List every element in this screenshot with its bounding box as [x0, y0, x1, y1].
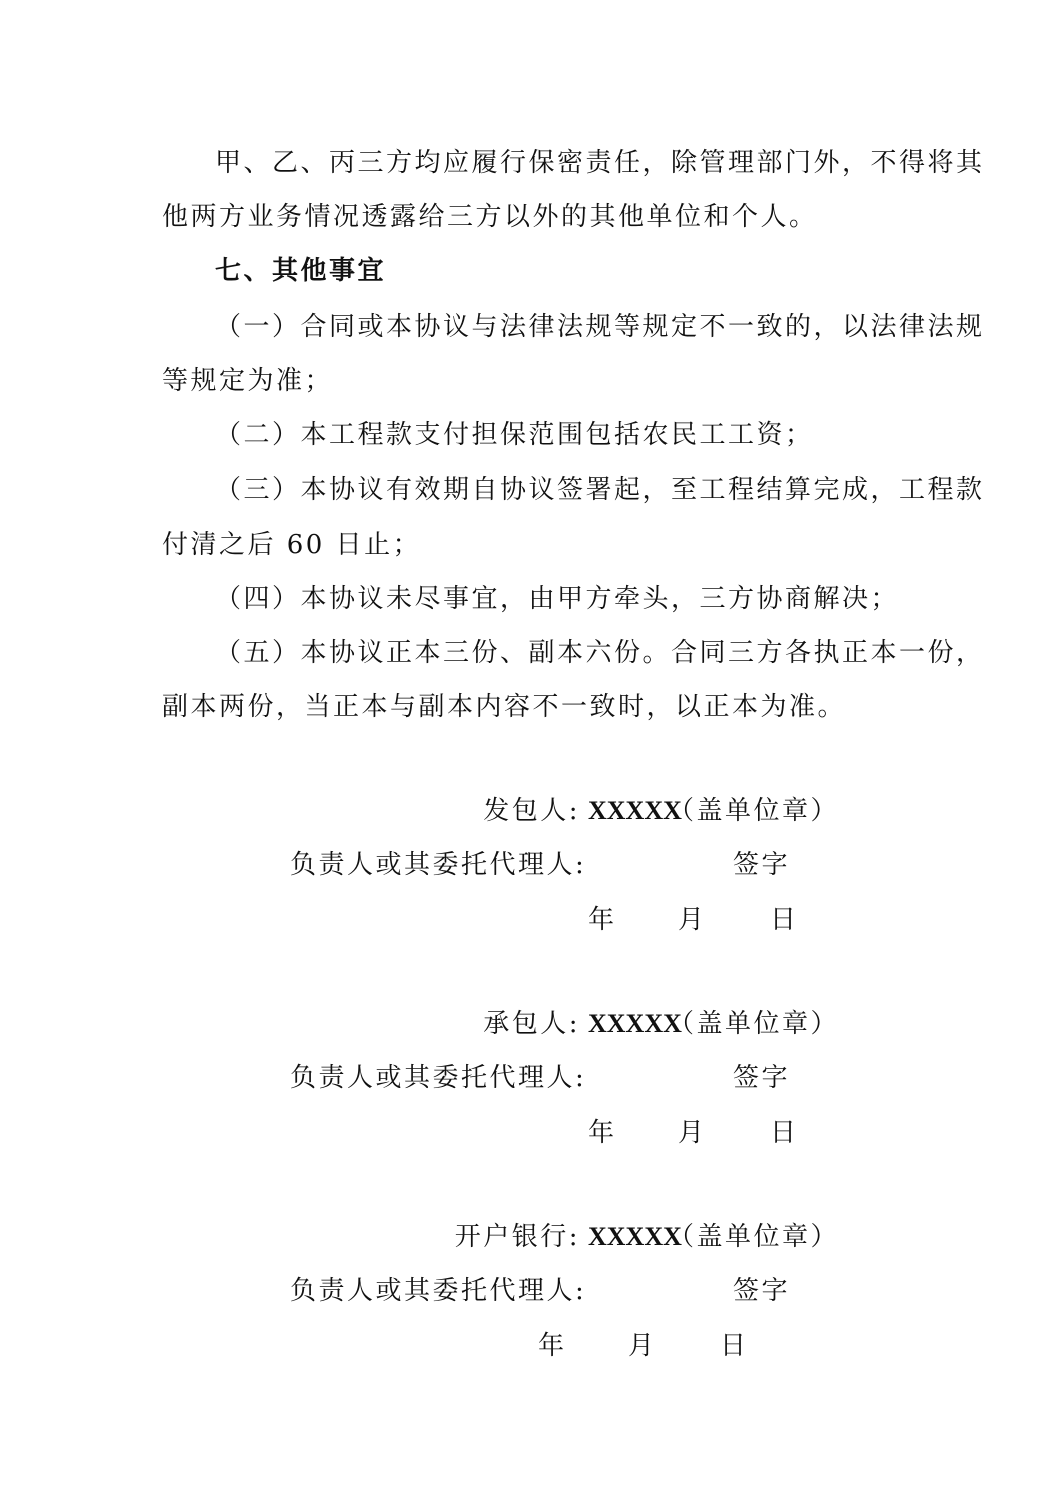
clause-2: （二）本工程款支付担保范围包括农民工工资；: [215, 420, 814, 450]
agent-label: 负责人或其委托代理人:: [290, 1276, 586, 1306]
clause-1-line-2: 等规定为准；: [162, 366, 333, 396]
clause-5-line-1: （五）本协议正本三份、副本六份。合同三方各执正本一份，: [215, 638, 985, 668]
sign-label: 签字: [733, 850, 790, 880]
month-label: 月: [678, 1118, 707, 1148]
clause-3-line-1: （三）本协议有效期自协议签署起，至工程结算完成，工程款: [215, 475, 985, 505]
day-label: 日: [770, 1118, 799, 1148]
seal-note: （盖单位章）: [668, 1222, 839, 1252]
day-label: 日: [720, 1331, 749, 1361]
seal-note: （盖单位章）: [668, 796, 839, 826]
party-label: 开户银行:: [455, 1222, 580, 1252]
party-label: 承包人:: [483, 1009, 580, 1039]
clause-5-line-2: 副本两份，当正本与副本内容不一致时，以正本为准。: [162, 692, 846, 722]
sign-label: 签字: [733, 1063, 790, 1093]
agent-label: 负责人或其委托代理人:: [290, 850, 586, 880]
year-label: 年: [538, 1331, 567, 1361]
year-label: 年: [588, 905, 617, 935]
month-label: 月: [628, 1331, 657, 1361]
confidentiality-line-1: 甲、乙、丙三方均应履行保密责任，除管理部门外，不得将其: [215, 148, 985, 178]
party-label: 发包人:: [483, 796, 580, 826]
agent-label: 负责人或其委托代理人:: [290, 1063, 586, 1093]
seal-note: （盖单位章）: [668, 1009, 839, 1039]
clause-3-line-2: 付清之后 60 日止；: [162, 530, 421, 560]
month-label: 月: [678, 905, 707, 935]
day-label: 日: [770, 905, 799, 935]
year-label: 年: [588, 1118, 617, 1148]
confidentiality-line-2: 他两方业务情况透露给三方以外的其他单位和个人。: [162, 202, 818, 232]
clause-1-line-1: （一）合同或本协议与法律法规等规定不一致的，以法律法规: [215, 312, 985, 342]
section-heading: 七、其他事宜: [215, 256, 386, 286]
clause-4: （四）本协议未尽事宜，由甲方牵头，三方协商解决；: [215, 584, 899, 614]
sign-label: 签字: [733, 1276, 790, 1306]
